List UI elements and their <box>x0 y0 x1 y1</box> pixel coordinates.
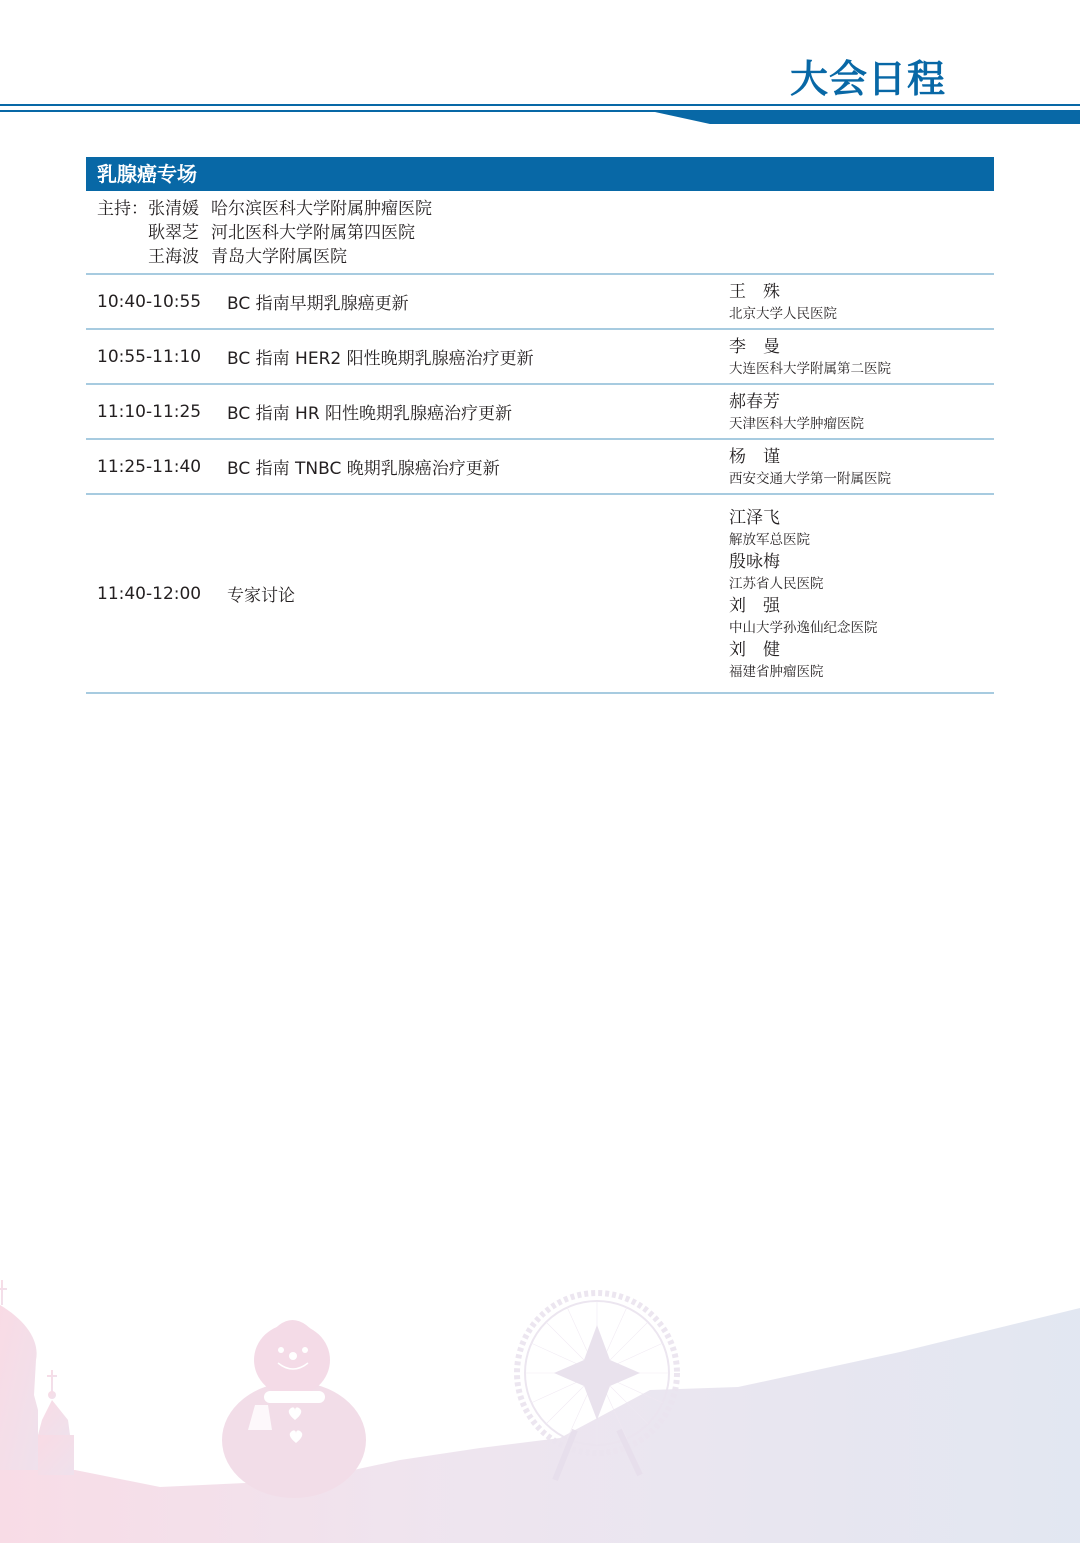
speaker-institution: 福建省肿瘤医院 <box>729 662 994 682</box>
speaker-institution: 北京大学人民医院 <box>729 304 994 324</box>
session-breast-cancer: 乳腺癌专场 主持： 张清媛哈尔滨医科大学附属肿瘤医院 耿翠芝河北医科大学附属第四… <box>86 157 994 694</box>
chair-name: 张清媛 <box>148 197 211 221</box>
schedule-row: 10:40-10:55 BC 指南早期乳腺癌更新 王 殊 北京大学人民医院 <box>86 275 994 330</box>
schedule-time: 11:40-12:00 <box>86 584 227 604</box>
schedule-row: 11:40-12:00 专家讨论 江泽飞 解放军总医院 殷咏梅 江苏省人民医院 … <box>86 495 994 694</box>
speaker-name: 江泽飞 <box>729 506 994 530</box>
chair-item: 耿翠芝河北医科大学附属第四医院 <box>148 221 994 245</box>
chair-institution: 哈尔滨医科大学附属肿瘤医院 <box>211 199 432 219</box>
speaker-name: 杨 谨 <box>729 445 994 469</box>
schedule-topic: BC 指南 HER2 阳性晚期乳腺癌治疗更新 <box>227 344 729 369</box>
decorative-background <box>0 1270 1080 1543</box>
speaker-institution: 大连医科大学附属第二医院 <box>729 359 994 379</box>
speaker-name: 殷咏梅 <box>729 550 994 574</box>
schedule-speakers: 江泽飞 解放军总医院 殷咏梅 江苏省人民医院 刘 强 中山大学孙逸仙纪念医院 刘… <box>729 501 994 686</box>
church-silhouette-icon <box>0 1280 74 1475</box>
chair-name: 耿翠芝 <box>148 221 211 245</box>
schedule-topic: 专家讨论 <box>227 581 729 606</box>
speaker-name: 郝春芳 <box>729 390 994 414</box>
snowman-icon <box>222 1320 366 1498</box>
speaker-name: 刘 强 <box>729 594 994 618</box>
schedule-row: 11:25-11:40 BC 指南 TNBC 晚期乳腺癌治疗更新 杨 谨 西安交… <box>86 440 994 495</box>
speaker-institution: 中山大学孙逸仙纪念医院 <box>729 618 994 638</box>
header-rule-top <box>0 104 1080 106</box>
speaker-name: 李 曼 <box>729 335 994 359</box>
chairs-label: 主持： <box>97 197 148 269</box>
speaker-institution: 江苏省人民医院 <box>729 574 994 594</box>
schedule-speakers: 郝春芳 天津医科大学肿瘤医院 <box>729 385 994 438</box>
speaker-name: 刘 健 <box>729 638 994 662</box>
page-title: 大会日程 <box>790 48 946 103</box>
speaker-institution: 天津医科大学肿瘤医院 <box>729 414 994 434</box>
schedule-time: 11:10-11:25 <box>86 402 227 422</box>
schedule-time: 10:40-10:55 <box>86 292 227 312</box>
schedule-row: 11:10-11:25 BC 指南 HR 阳性晚期乳腺癌治疗更新 郝春芳 天津医… <box>86 385 994 440</box>
schedule-row: 10:55-11:10 BC 指南 HER2 阳性晚期乳腺癌治疗更新 李 曼 大… <box>86 330 994 385</box>
session-title: 乳腺癌专场 <box>86 157 994 191</box>
chair-item: 王海波青岛大学附属医院 <box>148 245 994 269</box>
schedule-topic: BC 指南早期乳腺癌更新 <box>227 289 729 314</box>
schedule-topic: BC 指南 TNBC 晚期乳腺癌治疗更新 <box>227 454 729 479</box>
schedule-time: 10:55-11:10 <box>86 347 227 367</box>
chair-name: 王海波 <box>148 245 211 269</box>
chair-institution: 河北医科大学附属第四医院 <box>211 223 415 243</box>
schedule-time: 11:25-11:40 <box>86 457 227 477</box>
schedule-speakers: 李 曼 大连医科大学附属第二医院 <box>729 330 994 383</box>
schedule-topic: BC 指南 HR 阳性晚期乳腺癌治疗更新 <box>227 399 729 424</box>
speaker-institution: 西安交通大学第一附属医院 <box>729 469 994 489</box>
chair-item: 张清媛哈尔滨医科大学附属肿瘤医院 <box>148 197 994 221</box>
schedule-speakers: 杨 谨 西安交通大学第一附属医院 <box>729 440 994 493</box>
chair-institution: 青岛大学附属医院 <box>211 247 347 267</box>
speaker-institution: 解放军总医院 <box>729 530 994 550</box>
schedule-speakers: 王 殊 北京大学人民医院 <box>729 275 994 328</box>
speaker-name: 王 殊 <box>729 280 994 304</box>
header-rule-bar <box>0 112 1080 124</box>
session-chairs: 主持： 张清媛哈尔滨医科大学附属肿瘤医院 耿翠芝河北医科大学附属第四医院 王海波… <box>86 191 994 275</box>
